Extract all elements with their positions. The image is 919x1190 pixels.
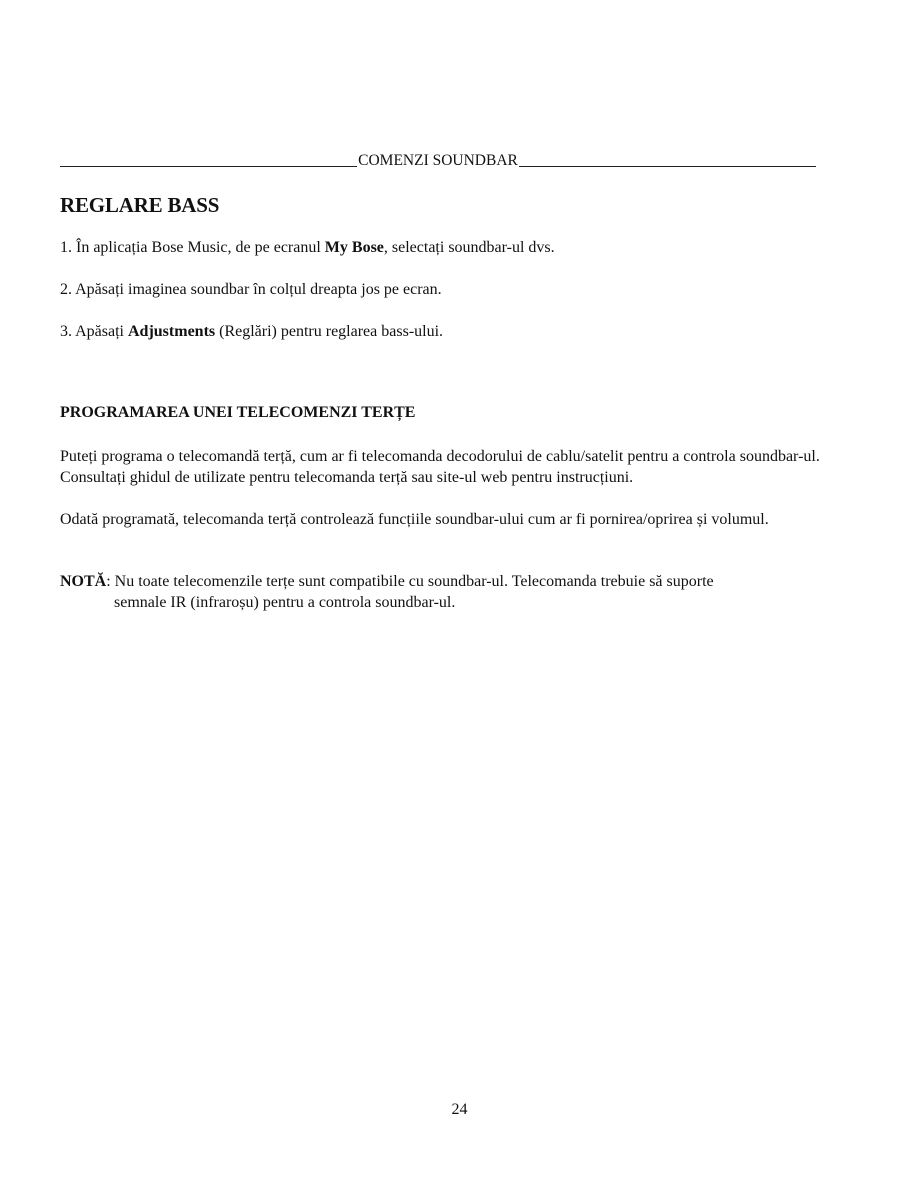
step-3: 3. Apăsați Adjustments (Reglări) pentru … [60,323,443,341]
header-rule-right [519,166,816,167]
step-bold: My Bose [325,239,384,256]
paragraph-remote-intro: Puteți programa o telecomandă terță, cum… [60,446,840,488]
step-bold: Adjustments [128,323,215,340]
step-text: (Reglări) pentru reglarea bass-ului. [215,323,443,340]
note-text-line1: : Nu toate telecomenzile terțe sunt comp… [106,573,713,590]
section-heading-remote: PROGRAMAREA UNEI TELECOMENZI TERȚE [60,404,415,422]
running-header: COMENZI SOUNDBAR [60,152,816,170]
paragraph-remote-functions: Odată programată, telecomanda terță cont… [60,509,840,530]
note-block: NOTĂ: Nu toate telecomenzile terțe sunt … [60,571,820,613]
step-1: 1. În aplicația Bose Music, de pe ecranu… [60,239,555,257]
note-text-line2: semnale IR (infraroșu) pentru a controla… [60,592,820,613]
page-number: 24 [0,1101,919,1119]
step-text: 1. În aplicația Bose Music, de pe ecranu… [60,239,325,256]
step-2: 2. Apăsați imaginea soundbar în colțul d… [60,281,442,299]
note-label: NOTĂ [60,573,106,590]
step-text: 2. Apăsați imaginea soundbar în colțul d… [60,281,442,298]
step-text: , selectați soundbar-ul dvs. [384,239,555,256]
section-heading-bass: REGLARE BASS [60,193,219,218]
header-title: COMENZI SOUNDBAR [357,152,519,170]
step-text: 3. Apăsați [60,323,128,340]
header-rule-left [60,166,357,167]
